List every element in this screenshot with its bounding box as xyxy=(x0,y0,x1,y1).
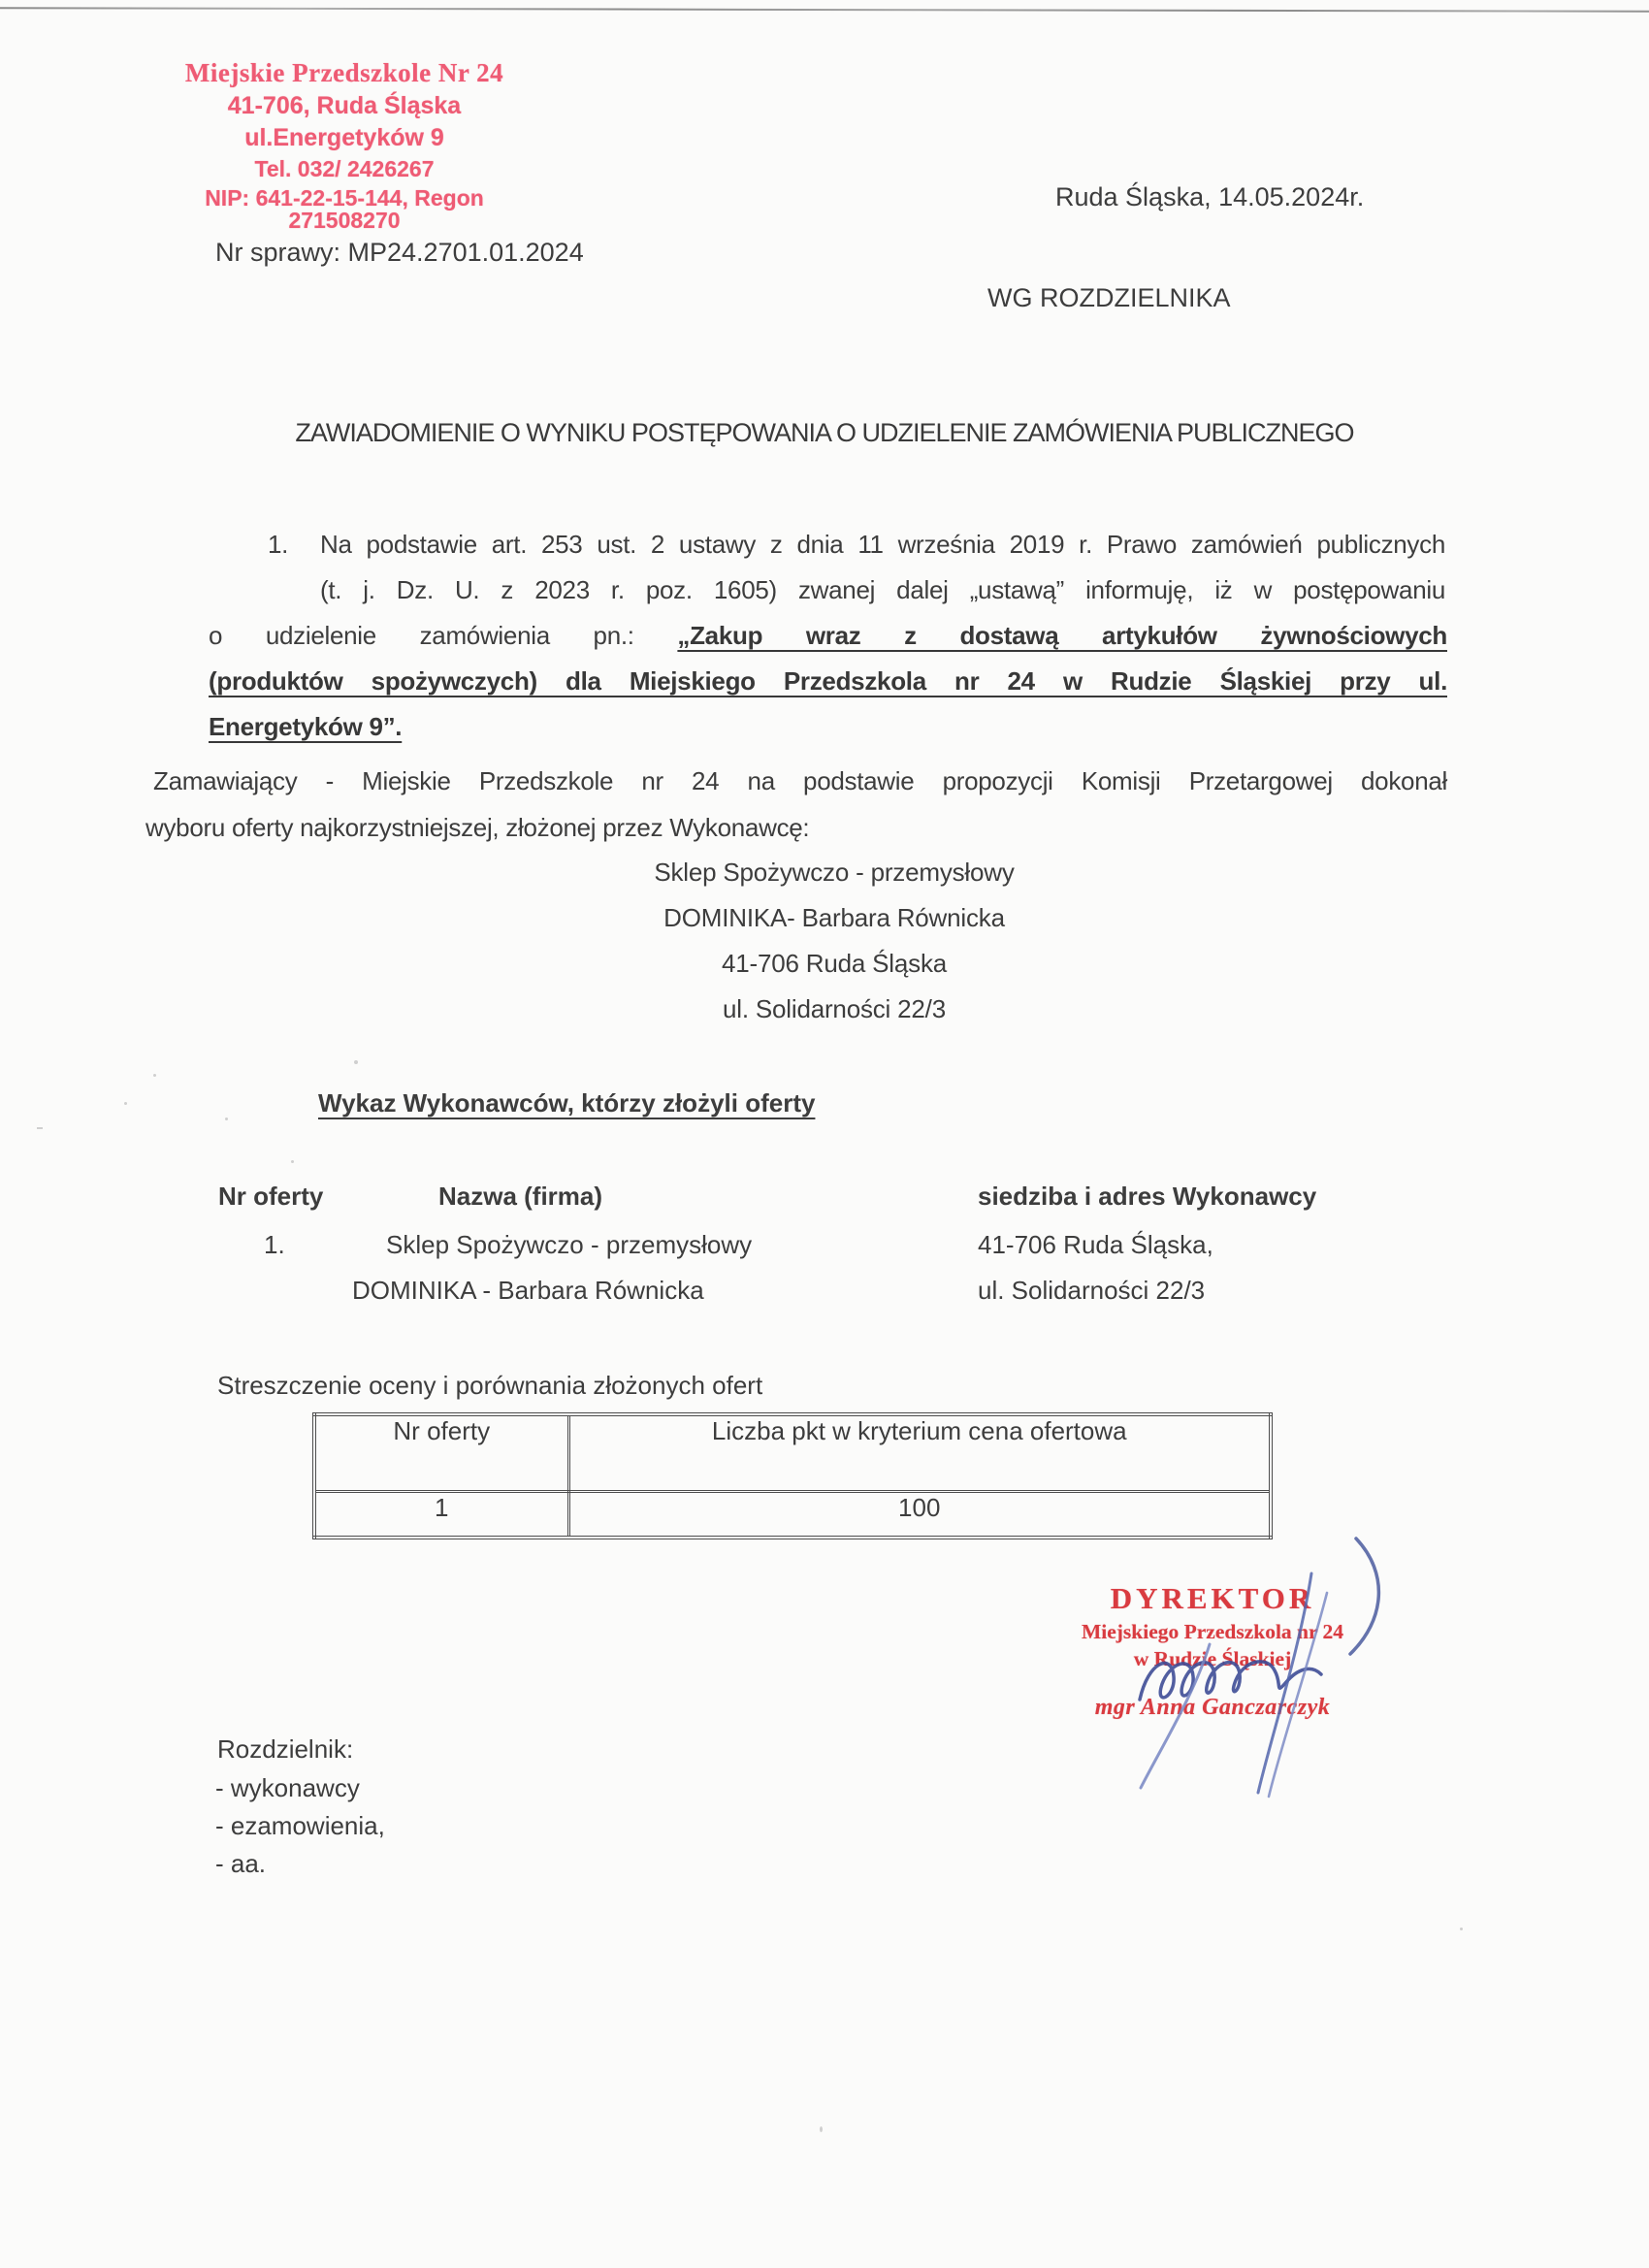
scan-speck xyxy=(291,1160,294,1163)
scan-speck xyxy=(153,1074,156,1077)
offer-row-address-line1: 41-706 Ruda Śląska, xyxy=(978,1230,1213,1260)
stamp-street: ul.Energetyków 9 xyxy=(175,126,514,150)
offers-header-address: siedziba i adres Wykonawcy xyxy=(978,1182,1316,1212)
table-cell-offer-number: 1 xyxy=(314,1492,568,1539)
table-header-row: Nr oferty Liczba pkt w kryterium cena of… xyxy=(314,1414,1271,1492)
summary-caption: Streszczenie oceny i porównania złożonyc… xyxy=(217,1371,762,1401)
scan-speck xyxy=(225,1118,228,1120)
paragraph1-line1: Na podstawie art. 253 ust. 2 ustawy z dn… xyxy=(320,530,1445,560)
offer-row-number: 1. xyxy=(264,1230,285,1260)
paragraph1-line2: (t. j. Dz. U. z 2023 r. poz. 1605) zwane… xyxy=(320,575,1445,605)
paragraph2-line1: Zamawiający - Miejskie Przedszkole nr 24… xyxy=(153,766,1447,796)
scanned-document-page: { "doc": { "stamp": { "l1": "Miejskie Pr… xyxy=(0,0,1649,2268)
institution-stamp: Miejskie Przedszkole Nr 24 41-706, Ruda … xyxy=(175,60,514,232)
distribution-note: WG ROZDZIELNIKA xyxy=(987,283,1231,313)
contract-title-part2: (produktów spożywczych) dla Miejskiego P… xyxy=(209,666,1447,697)
offers-header-number: Nr oferty xyxy=(218,1182,323,1212)
paragraph1-line3-normal: o udzielenie zamówienia pn.: xyxy=(209,621,634,650)
scan-speck xyxy=(37,1127,43,1129)
scan-edge-line xyxy=(0,7,1649,13)
table-header-points: Liczba pkt w kryterium cena ofertowa xyxy=(568,1414,1271,1492)
document-title: ZAWIADOMIENIE O WYNIKU POSTĘPOWANIA O UD… xyxy=(0,418,1649,448)
stamp-phone: Tel. 032/ 2426267 xyxy=(175,158,514,180)
distribution-label: Rozdzielnik: xyxy=(217,1734,353,1765)
scan-speck xyxy=(124,1102,127,1105)
offer-row-name-line2: DOMINIKA - Barbara Równicka xyxy=(352,1276,704,1306)
offer-row-address-line2: ul. Solidarności 22/3 xyxy=(978,1276,1205,1306)
paragraph-number: 1. xyxy=(268,530,288,560)
winner-owner-name: DOMINIKA- Barbara Równicka xyxy=(19,903,1649,933)
winner-street: ul. Solidarności 22/3 xyxy=(19,994,1649,1024)
table-header-offer-number: Nr oferty xyxy=(314,1414,568,1492)
stamp-postal-city: 41-706, Ruda Śląska xyxy=(175,94,514,118)
stamp-institution-name: Miejskie Przedszkole Nr 24 xyxy=(175,60,514,86)
case-number: Nr sprawy: MP24.2701.01.2024 xyxy=(215,238,584,268)
paragraph2-line2: wyboru oferty najkorzystniejszej, złożon… xyxy=(145,813,809,843)
stamp-nip-regon: NIP: 641-22-15-144, Regon 271508270 xyxy=(175,187,514,232)
distribution-item-ezamowienia: - ezamowienia, xyxy=(215,1811,385,1841)
scan-speck xyxy=(354,1060,358,1064)
contract-title-part1: „Zakup wraz z dostawą artykułów żywności… xyxy=(677,621,1447,650)
offer-row-name-line1: Sklep Spożywczo - przemysłowy xyxy=(386,1230,752,1260)
place-date-line: Ruda Śląska, 14.05.2024r. xyxy=(1055,182,1364,212)
paragraph1-line3: o udzielenie zamówienia pn.: „Zakup wraz… xyxy=(209,621,1447,651)
distribution-item-aa: - aa. xyxy=(215,1849,266,1879)
offers-list-heading: Wykaz Wykonawców, którzy złożyli oferty xyxy=(318,1088,815,1118)
offers-header-name: Nazwa (firma) xyxy=(438,1182,602,1212)
winner-shop-name: Sklep Spożywczo - przemysłowy xyxy=(19,858,1649,888)
distribution-item-contractors: - wykonawcy xyxy=(215,1773,360,1803)
scan-speck xyxy=(1460,1928,1463,1930)
scan-speck xyxy=(820,2126,823,2132)
winner-city: 41-706 Ruda Śląska xyxy=(19,949,1649,979)
handwritten-signature xyxy=(1048,1513,1455,1824)
contract-title-part3: Energetyków 9”. xyxy=(209,712,402,742)
